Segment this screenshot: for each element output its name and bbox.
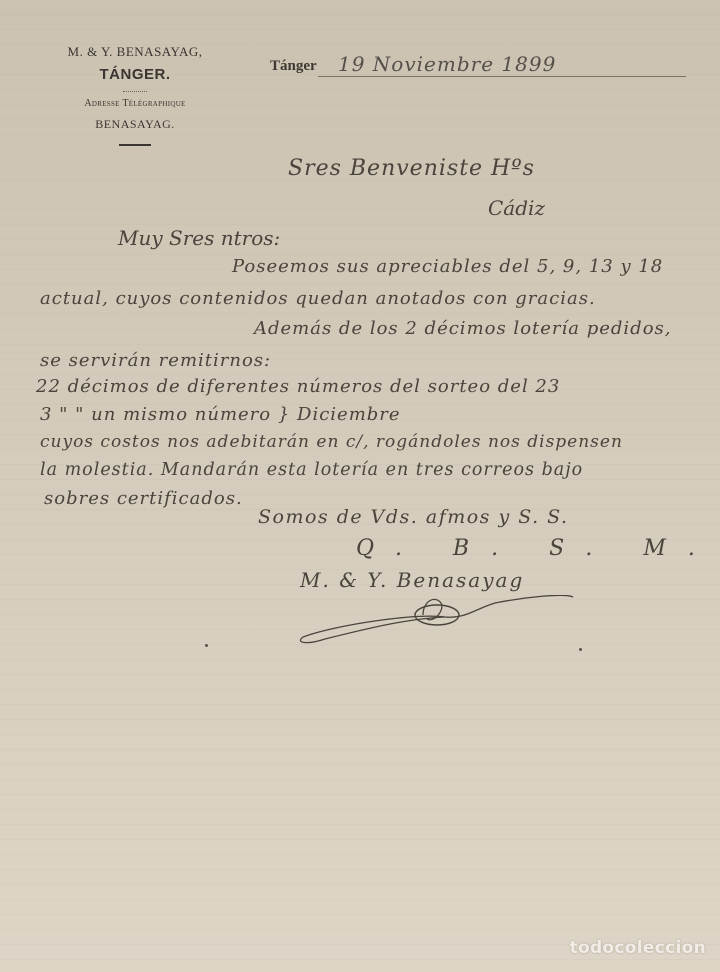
dateline-rule xyxy=(318,76,686,77)
telegraph-label: Adresse Télégraphique xyxy=(30,98,240,109)
body-line: Poseemos sus apreciables del 5, 9, 13 y … xyxy=(232,256,663,277)
paper-speck xyxy=(579,648,582,651)
recipient-city: Cádiz xyxy=(488,196,545,220)
body-line: se servirán remitirnos: xyxy=(40,350,271,371)
recipient-name: Sres Benveniste Hºs xyxy=(288,156,535,181)
firm-city: TÁNGER. xyxy=(30,66,240,83)
dateline-place: Tánger xyxy=(270,58,317,75)
body-line: cuyos costos nos adebitarán en c/, rogán… xyxy=(40,432,623,452)
salutation: Muy Sres ntros: xyxy=(118,226,280,250)
letter-page: M. & Y. BENASAYAG, TÁNGER. Adresse Télég… xyxy=(0,0,720,972)
body-line: 22 décimos de diferentes números del sor… xyxy=(36,376,560,397)
body-line: 3 " " un mismo número } Diciembre xyxy=(40,404,401,425)
firm-name: M. & Y. BENASAYAG, xyxy=(30,44,240,60)
closing-initials: Q. B. S. M. xyxy=(356,536,717,561)
letterhead: M. & Y. BENASAYAG, TÁNGER. Adresse Télég… xyxy=(30,44,240,146)
telegraph-code: BENASAYAG. xyxy=(30,117,240,132)
closing-line: Somos de Vds. afmos y S. S. xyxy=(258,506,569,528)
ornament-divider xyxy=(123,91,147,92)
letterhead-rule xyxy=(119,144,151,146)
body-line: la molestia. Mandarán esta lotería en tr… xyxy=(40,460,583,480)
signature-flourish-icon xyxy=(295,595,595,655)
watermark: todocoleccion xyxy=(570,938,706,958)
body-line: Además de los 2 décimos lotería pedidos, xyxy=(254,318,672,339)
dateline-date: 19 Noviembre 1899 xyxy=(338,52,556,76)
signature: M. & Y. Benasayag xyxy=(300,568,524,592)
body-line: sobres certificados. xyxy=(44,488,243,509)
body-line: actual, cuyos contenidos quedan anotados… xyxy=(40,288,596,309)
paper-speck xyxy=(205,644,208,647)
